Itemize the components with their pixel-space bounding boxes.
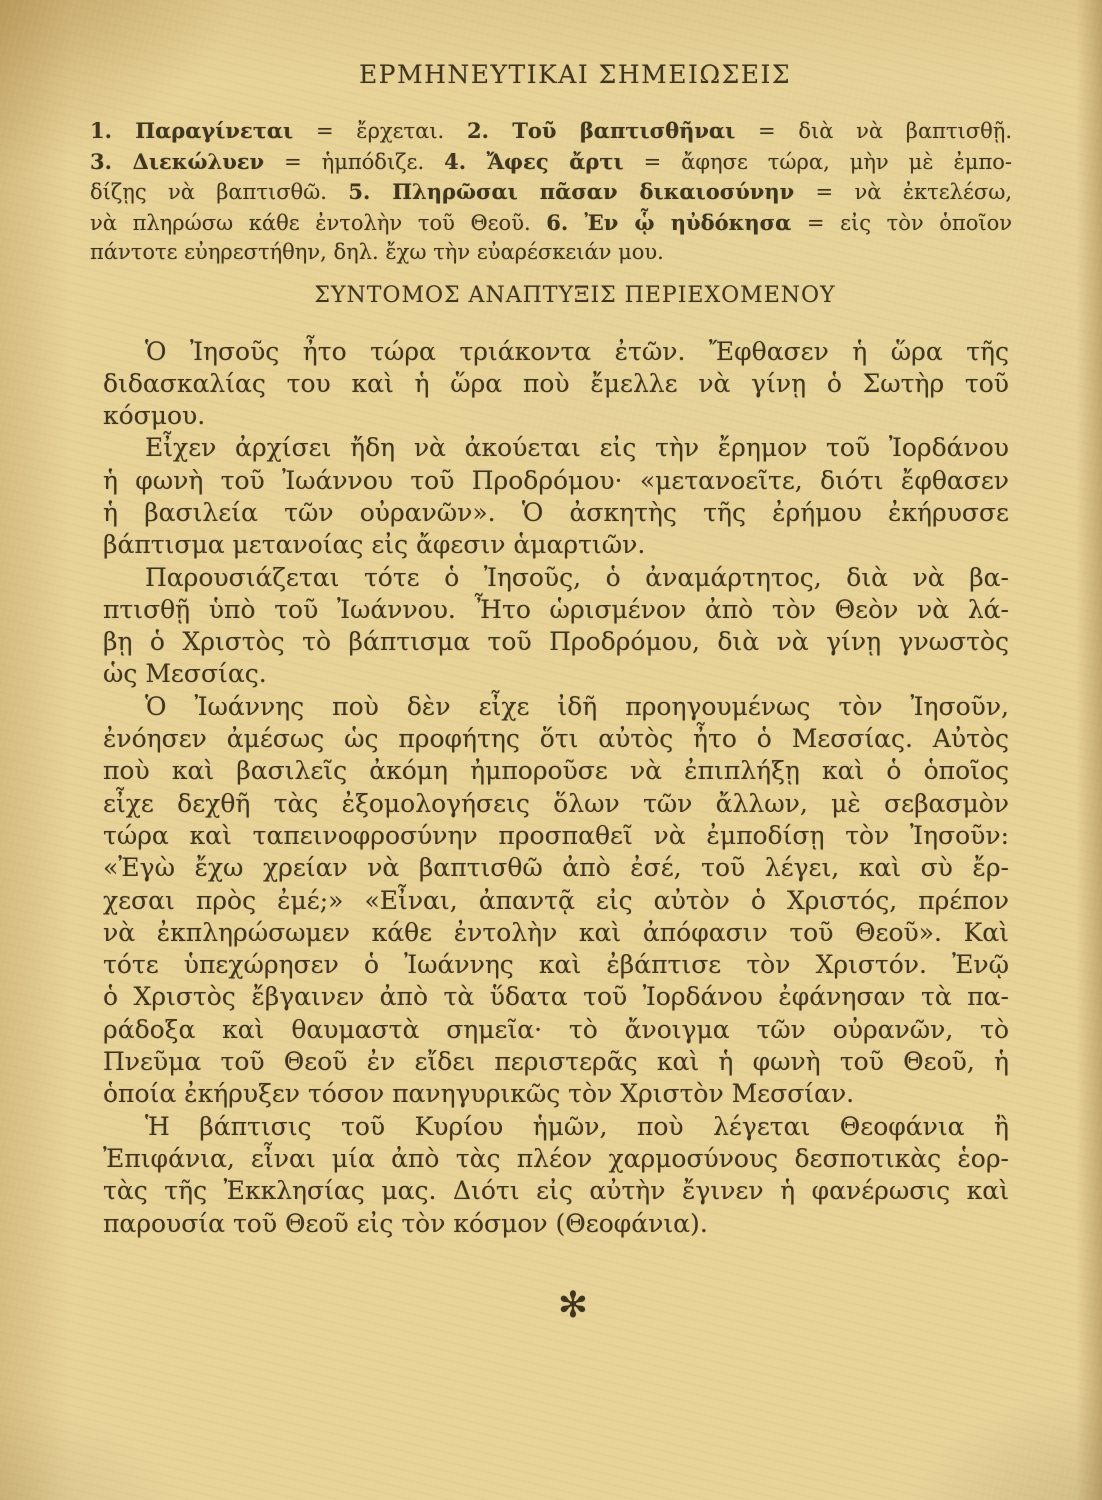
paragraph: Ὁ Ἰησοῦς ἦτο τώρα τριάκοντα ἐτῶν. Ἔφθασε… <box>103 336 1009 433</box>
paragraph: Ἡ βάπτισις τοῦ Κυρίου ἡμῶν, ποὺ λέγεται … <box>103 1111 1009 1240</box>
note-term: 4. Ἄφες ἄρτι <box>444 149 624 174</box>
note-line: νὰ πληρώσω κάθε ἐντολὴν τοῦ Θεοῦ. 6. Ἐν … <box>90 208 1012 239</box>
scanned-book-page: ΕΡΜΗΝΕΥΤΙΚΑΙ ΣΗΜΕΙΩΣΕΙΣ 1. Παραγίνεται =… <box>0 0 1102 1500</box>
text-line: Ἡ βάπτισις τοῦ Κυρίου ἡμῶν, ποὺ λέγεται … <box>103 1111 1009 1143</box>
page-title: ΕΡΜΗΝΕΥΤΙΚΑΙ ΣΗΜΕΙΩΣΕΙΣ <box>114 60 1036 90</box>
text-line: ὡς Μεσσίας. <box>103 658 1009 690</box>
text-line: πτισθῇ ὑπὸ τοῦ Ἰωάννου. Ἦτο ὡρισμένον ἀπ… <box>103 594 1009 626</box>
text-line: ἡ φωνὴ τοῦ Ἰωάννου τοῦ Προδρόμου· «μεταν… <box>103 465 1009 497</box>
note-text: δίζῃς νὰ βαπτισθῶ. <box>90 180 348 204</box>
text-line: ὁ Χριστὸς ἔβγαινεν ἀπὸ τὰ ὕδατα τοῦ Ἰορδ… <box>103 981 1009 1013</box>
note-term: 1. Παραγίνεται <box>90 118 293 143</box>
note-term: 3. Διεκώλυεν <box>90 149 264 174</box>
asterisk-icon: ✻ <box>112 1286 1034 1326</box>
text-line: βάπτισμα μετανοίας εἰς ἄφεσιν ἁμαρτιῶν. <box>103 529 1009 561</box>
note-text: = εἰς τὸν ὁποῖον <box>791 211 1012 235</box>
text-line: τότε ὑπεχώρησεν ὁ Ἰωάννης καὶ ἐβάπτισε τ… <box>103 949 1009 981</box>
section-title: ΣΥΝΤΟΜΟΣ ΑΝΑΠΤΥΞΙΣ ΠΕΡΙΕΧΟΜΕΝΟΥ <box>114 282 1036 310</box>
text-line: Ἐπιφάνια, εἶναι μία ἀπὸ τὰς πλέον χαρμοσ… <box>103 1143 1009 1175</box>
note-line: 3. Διεκώλυεν = ἡμπόδιζε. 4. Ἄφες ἄρτι = … <box>90 147 1012 178</box>
text-line: Παρουσιάζεται τότε ὁ Ἰησοῦς, ὁ ἀναμάρτητ… <box>103 562 1009 594</box>
note-text: = ἡμπόδιζε. <box>264 150 444 174</box>
text-line: παρουσία τοῦ Θεοῦ εἰς τὸν κόσμον (Θεοφάν… <box>103 1208 1009 1240</box>
paragraph: Παρουσιάζεται τότε ὁ Ἰησοῦς, ὁ ἀναμάρτητ… <box>103 562 1009 691</box>
note-term: 2. Τοῦ βαπτισθῆναι <box>467 118 735 143</box>
text-line: ποὺ καὶ βασιλεῖς ἀκόμη ἠμποροῦσε νὰ ἐπιπ… <box>103 755 1009 787</box>
paragraph: Ὁ Ἰωάννης ποὺ δὲν εἶχε ἰδῆ προηγουμένως … <box>103 691 1009 1111</box>
text-line: βῃ ὁ Χριστὸς τὸ βάπτισμα τοῦ Προδρόμου, … <box>103 626 1009 658</box>
notes-block: 1. Παραγίνεται = ἔρχεται. 2. Τοῦ βαπτισθ… <box>90 116 1012 268</box>
note-text: = ἔρχεται. <box>293 119 467 143</box>
note-text: = ἄφησε τώρα, μὴν μὲ ἐμπο- <box>624 150 1012 174</box>
text-line: χεσαι πρὸς ἐμέ;» «Εἶναι, ἀπαντᾷ εἰς αὐτὸ… <box>103 885 1009 917</box>
note-line: δίζῃς νὰ βαπτισθῶ. 5. Πληρῶσαι πᾶσαν δικ… <box>90 177 1012 208</box>
text-column: ΕΡΜΗΝΕΥΤΙΚΑΙ ΣΗΜΕΙΩΣΕΙΣ 1. Παραγίνεται =… <box>90 0 1012 1326</box>
note-line: πάντοτε εὐηρεστήθην, δηλ. ἔχω τὴν εὐαρέσ… <box>90 238 1012 268</box>
note-text: = διὰ νὰ βαπτισθῇ. <box>735 119 1012 143</box>
note-text: πάντοτε εὐηρεστήθην, δηλ. ἔχω τὴν εὐαρέσ… <box>90 240 664 264</box>
text-line: εἶχε δεχθῆ τὰς ἐξομολογήσεις ὅλων τῶν ἄλ… <box>103 788 1009 820</box>
note-term: 6. Ἐν ᾧ ηὐδόκησα <box>546 210 791 235</box>
text-line: διδασκαλίας του καὶ ἡ ὥρα ποὺ ἔμελλε νὰ … <box>103 368 1009 400</box>
paragraph: Εἶχεν ἀρχίσει ἤδη νὰ ἀκούεται εἰς τὴν ἔρ… <box>103 432 1009 561</box>
text-line: τώρα καὶ ταπεινοφροσύνην προσπαθεῖ νὰ ἐμ… <box>103 820 1009 852</box>
text-line: «Ἐγὼ ἔχω χρείαν νὰ βαπτισθῶ ἀπὸ ἐσέ, τοῦ… <box>103 852 1009 884</box>
body-block: Ὁ Ἰησοῦς ἦτο τώρα τριάκοντα ἐτῶν. Ἔφθασε… <box>90 336 1012 1240</box>
note-text: νὰ πληρώσω κάθε ἐντολὴν τοῦ Θεοῦ. <box>90 211 546 235</box>
text-line: νὰ ἐκπληρώσωμεν κάθε ἐντολὴν καὶ ἀπόφασι… <box>103 917 1009 949</box>
text-line: κόσμου. <box>103 400 1009 432</box>
note-term: 5. Πληρῶσαι πᾶσαν δικαιοσύνην <box>348 179 794 204</box>
text-line: ὁποία ἐκήρυξεν τόσον πανηγυρικῶς τὸν Χρι… <box>103 1078 1009 1110</box>
text-line: Πνεῦμα τοῦ Θεοῦ ἐν εἴδει περιστερᾶς καὶ … <box>103 1046 1009 1078</box>
note-line: 1. Παραγίνεται = ἔρχεται. 2. Τοῦ βαπτισθ… <box>90 116 1012 147</box>
text-line: Ὁ Ἰησοῦς ἦτο τώρα τριάκοντα ἐτῶν. Ἔφθασε… <box>103 336 1009 368</box>
text-line: ράδοξα καὶ θαυμαστὰ σημεῖα· τὸ ἄνοιγμα τ… <box>103 1014 1009 1046</box>
text-line: ἡ βασιλεία τῶν οὐρανῶν». Ὁ ἀσκητὴς τῆς ἐ… <box>103 497 1009 529</box>
text-line: ἐνόησεν ἀμέσως ὡς προφήτης ὅτι αὐτὸς ἦτο… <box>103 723 1009 755</box>
text-line: τὰς τῆς Ἐκκλησίας μας. Διότι εἰς αὐτὴν ἔ… <box>103 1175 1009 1207</box>
text-line: Εἶχεν ἀρχίσει ἤδη νὰ ἀκούεται εἰς τὴν ἔρ… <box>103 432 1009 464</box>
note-text: = νὰ ἐκτελέσω, <box>794 180 1012 204</box>
text-line: Ὁ Ἰωάννης ποὺ δὲν εἶχε ἰδῆ προηγουμένως … <box>103 691 1009 723</box>
